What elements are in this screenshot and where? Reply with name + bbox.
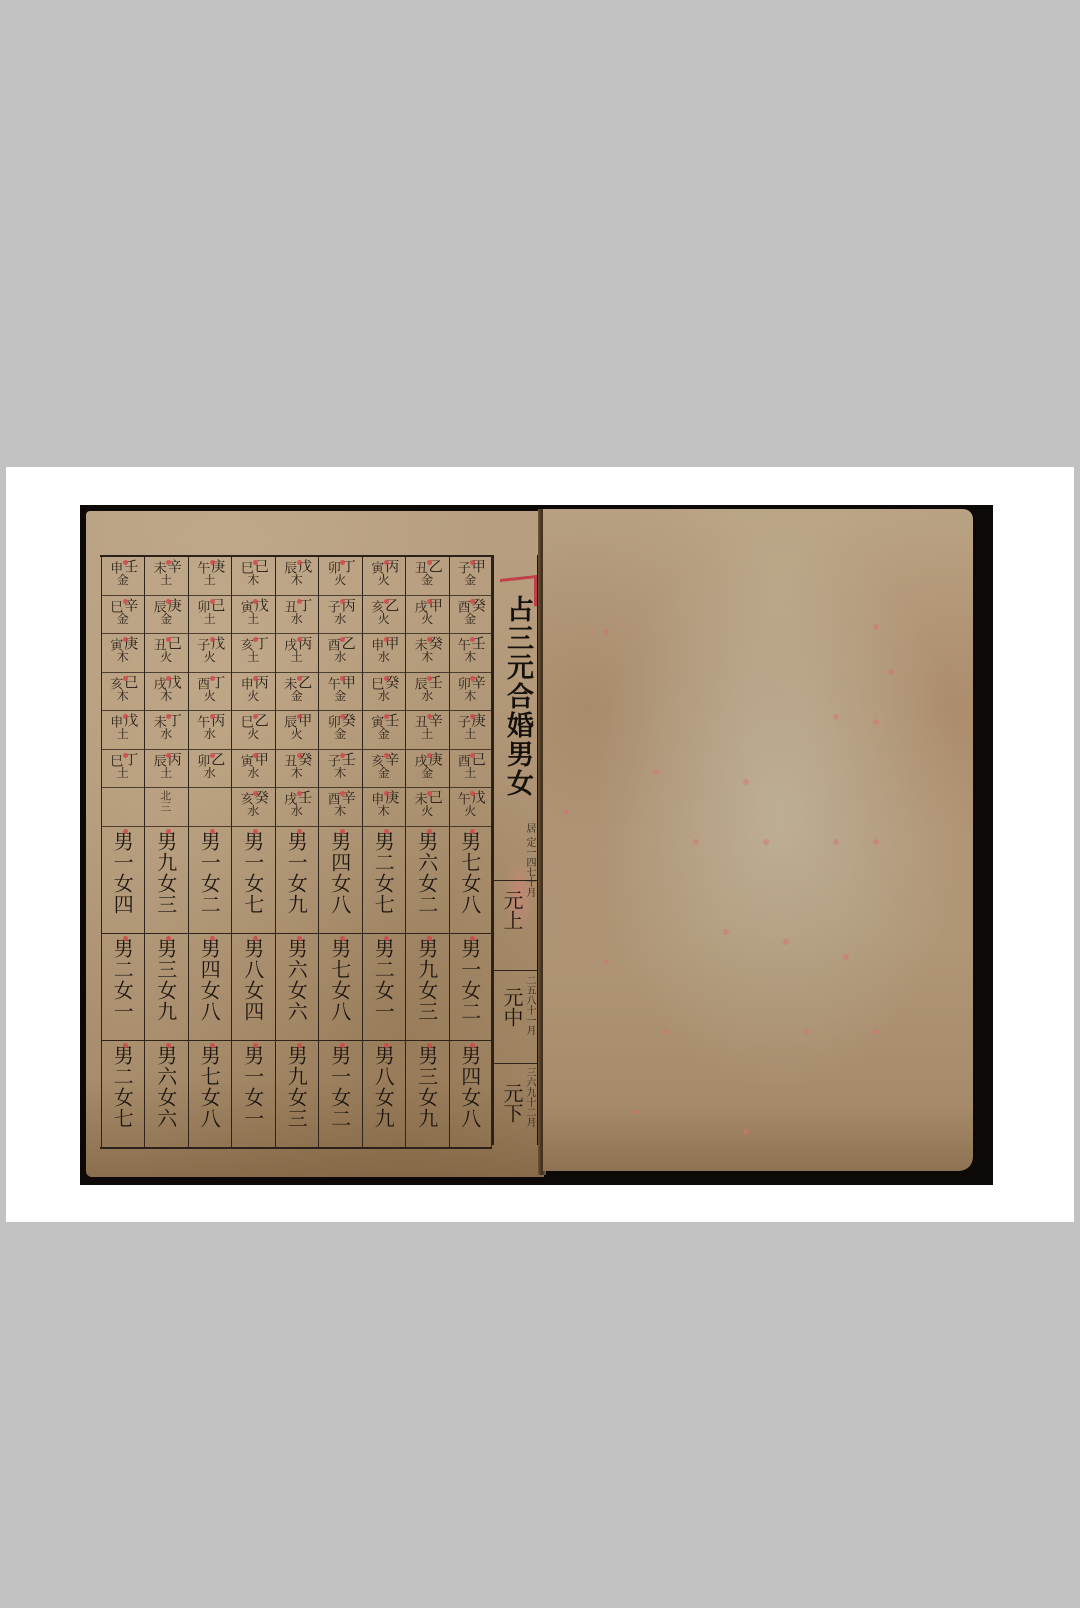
male-female-number-cell: 男一女四	[102, 827, 145, 934]
earthly-branch: 辰	[152, 600, 165, 613]
earthly-branch: 巳	[108, 600, 121, 613]
ganzhi-cell: 壬戌水	[276, 788, 319, 827]
five-element: 木	[291, 574, 303, 586]
table-column: 丙寅火乙亥火甲申水癸巳水壬寅金辛亥金庚申木男二女七男二女一男八女九	[362, 557, 406, 1147]
red-stain-dot	[873, 624, 879, 630]
red-stain-dot	[743, 779, 749, 785]
five-element: 土	[117, 767, 129, 779]
red-dot-icon	[123, 1043, 128, 1048]
male-female-number-cell: 男九女三	[406, 934, 449, 1041]
red-dot-icon	[210, 599, 215, 604]
ganzhi-cell: 己卯土	[189, 596, 232, 635]
ganzhi-cell: 甲申水	[363, 634, 406, 673]
male-female-number-cell: 男八女四	[232, 934, 275, 1041]
male-female-text: 男二女七	[108, 1045, 137, 1129]
earthly-branch: 亥	[369, 600, 382, 613]
five-element: 金	[334, 728, 346, 740]
male-female-number-cell: 男八女九	[363, 1041, 406, 1147]
red-dot-icon	[253, 753, 258, 758]
ganzhi-entry: 戊申土	[108, 713, 137, 749]
ganzhi-cell: 北三	[145, 788, 188, 827]
five-element: 水	[291, 613, 303, 625]
five-element: 土	[291, 651, 303, 663]
male-female-number-cell: 男三女九	[145, 934, 188, 1041]
male-female-text: 男二女一	[369, 938, 398, 1022]
ganzhi-cell: 甲辰火	[276, 711, 319, 750]
earthly-branch: 巳	[108, 754, 121, 767]
ganzhi-cell: 癸未木	[406, 634, 449, 673]
red-dot-icon	[470, 936, 475, 941]
earthly-branch: 巳	[369, 677, 382, 690]
stem-branch	[209, 790, 211, 792]
five-element: 水	[421, 690, 433, 702]
male-female-number-cell: 男一女二	[319, 1041, 362, 1147]
red-dot-icon	[470, 829, 475, 834]
male-female-number-cell: 男七女八	[189, 1041, 232, 1147]
ganzhi-cell: 甲戌火	[406, 596, 449, 635]
red-dot-icon	[253, 676, 258, 681]
ganzhi-entry: 丙戌土	[282, 636, 311, 672]
ganzhi-cell: 丙辰土	[145, 750, 188, 789]
male-female-number-cell: 男四女八	[189, 934, 232, 1041]
ganzhi-cell: 辛未土	[145, 557, 188, 596]
earthly-branch: 丑	[282, 600, 295, 613]
ganzhi-cell: 庚戌金	[406, 750, 449, 789]
red-stain-dot	[833, 714, 839, 720]
male-female-number-cell: 男七女八	[319, 934, 362, 1041]
red-stain-dot	[873, 1029, 879, 1035]
ganzhi-cell: 辛巳金	[102, 596, 145, 635]
male-female-number-cell: 男一女一	[232, 1041, 275, 1147]
ganzhi-cell: 乙卯水	[189, 750, 232, 789]
five-element: 木	[117, 690, 129, 702]
five-element: 木	[464, 651, 476, 663]
earthly-branch: 酉	[456, 600, 469, 613]
red-stain-dot	[833, 839, 839, 845]
five-element: 金	[291, 690, 303, 702]
ganzhi-cell: 己巳木	[232, 557, 275, 596]
red-dot-icon	[123, 599, 128, 604]
five-element: 火	[334, 574, 346, 586]
five-element: 金	[334, 690, 346, 702]
red-stain-dot	[603, 629, 609, 635]
ganzhi-cell: 甲午金	[319, 673, 362, 712]
red-dot-icon	[210, 753, 215, 758]
red-dot-icon	[297, 714, 302, 719]
red-dot-icon	[470, 676, 475, 681]
ganzhi-entry: 丙午水	[195, 713, 224, 749]
red-dot-icon	[297, 560, 302, 565]
red-dot-icon	[210, 637, 215, 642]
five-element: 火	[247, 690, 259, 702]
five-element: 木	[117, 651, 129, 663]
five-element: 金	[378, 728, 390, 740]
table-column: 壬申金辛巳金庚寅木己亥木戊申土丁巳土男一女四男二女一男二女七	[101, 557, 145, 1147]
divider	[494, 970, 537, 971]
ganzhi-table: 甲子金癸酉金壬午木辛卯木庚子土己酉土戊午火男七女八男一女二男四女八乙丑金甲戌火癸…	[100, 555, 492, 1149]
five-element: 金	[464, 613, 476, 625]
red-dot-icon	[427, 936, 432, 941]
red-dot-icon	[123, 637, 128, 642]
ganzhi-cell: 乙酉水	[319, 634, 362, 673]
ganzhi-cell: 戊寅土	[232, 596, 275, 635]
ganzhi-cell: 戊申土	[102, 711, 145, 750]
ganzhi-cell: 庚申木	[363, 788, 406, 827]
male-female-text: 男八女四	[239, 938, 268, 1022]
ganzhi-cell: 甲子金	[450, 557, 492, 596]
red-dot-icon	[253, 829, 258, 834]
male-female-number-cell: 男二女七	[102, 1041, 145, 1147]
ganzhi-cell: 丁酉火	[189, 673, 232, 712]
table-column: 戊辰木丁丑水丙戌土乙未金甲辰火癸丑木壬戌水男一女九男六女六男九女三	[275, 557, 319, 1147]
male-female-text: 男六女六	[282, 938, 311, 1022]
red-stain-dot	[803, 1029, 809, 1035]
red-stain-dot	[763, 839, 769, 845]
red-dot-icon	[166, 599, 171, 604]
five-element: 土	[160, 767, 172, 779]
male-female-text: 男七女八	[326, 938, 355, 1022]
page-title: 占三元合婚男女	[498, 595, 537, 798]
ganzhi-cell: 己未火	[406, 788, 449, 827]
red-dot-icon	[123, 676, 128, 681]
table-column: 庚午土己卯土戊子火丁酉火丙午水乙卯水男一女二男四女八男七女八	[188, 557, 232, 1147]
ganzhi-cell: 癸亥水	[232, 788, 275, 827]
male-female-text: 男一女二	[195, 831, 224, 915]
red-dot-icon	[297, 1043, 302, 1048]
ganzhi-cell: 壬午木	[450, 634, 492, 673]
red-stain-dot	[653, 769, 659, 775]
ganzhi-entry: 壬申金	[108, 559, 137, 595]
ganzhi-cell: 辛卯木	[450, 673, 492, 712]
red-stain-dot	[693, 839, 699, 845]
five-element: 金	[421, 767, 433, 779]
red-dot-icon	[340, 829, 345, 834]
male-female-text: 男九女三	[282, 1045, 311, 1129]
red-stain-dot	[783, 939, 789, 945]
earthly-branch: 亥	[108, 677, 121, 690]
stem-branch	[122, 790, 124, 792]
male-female-text: 男六女六	[152, 1045, 181, 1129]
ganzhi-cell: 癸丑木	[276, 750, 319, 789]
left-page: 甲子金癸酉金壬午木辛卯木庚子土己酉土戊午火男七女八男一女二男四女八乙丑金甲戌火癸…	[86, 511, 544, 1177]
five-element: 木	[247, 574, 259, 586]
red-stain-dot	[603, 959, 609, 965]
red-dot-icon	[166, 936, 171, 941]
red-dot-icon	[427, 753, 432, 758]
earthly-branch: 午	[326, 677, 339, 690]
ganzhi-cell: 丁丑水	[276, 596, 319, 635]
red-dot-icon	[384, 599, 389, 604]
male-female-number-cell: 男九女三	[276, 1041, 319, 1147]
five-element: 火	[204, 690, 216, 702]
five-element: 水	[378, 651, 390, 663]
five-element: 水	[160, 728, 172, 740]
red-dot-icon	[384, 753, 389, 758]
five-element: 木	[421, 651, 433, 663]
earthly-branch: 辰	[413, 677, 426, 690]
ganzhi-cell: 戊戌木	[145, 673, 188, 712]
red-dot-icon	[340, 676, 345, 681]
male-female-number-cell: 男六女六	[145, 1041, 188, 1147]
red-dot-icon	[123, 753, 128, 758]
red-stain-dot	[888, 669, 894, 675]
red-dot-icon	[384, 714, 389, 719]
male-female-text: 男一女七	[239, 831, 268, 915]
red-dot-icon	[340, 753, 345, 758]
side-note: 北三	[157, 790, 173, 826]
red-dot-icon	[384, 791, 389, 796]
male-female-number-cell: 男一女二	[189, 827, 232, 934]
ganzhi-entry: 戊子火	[195, 636, 224, 672]
five-element: 土	[204, 574, 216, 586]
five-element: 土	[160, 574, 172, 586]
male-female-number-cell: 男七女八	[450, 827, 492, 934]
red-dot-icon	[166, 676, 171, 681]
red-dot-icon	[210, 714, 215, 719]
table-column: 甲子金癸酉金壬午木辛卯木庚子土己酉土戊午火男七女八男一女二男四女八	[449, 557, 493, 1147]
male-female-number-cell: 男四女八	[319, 827, 362, 934]
ganzhi-entry	[209, 790, 211, 826]
red-bleed-through	[543, 509, 973, 1171]
earthly-branch: 卯	[195, 754, 208, 767]
red-dot-icon	[210, 560, 215, 565]
red-dot-icon	[384, 637, 389, 642]
ganzhi-cell: 壬寅金	[363, 711, 406, 750]
earthly-branch: 戌	[413, 600, 426, 613]
five-element: 土	[247, 613, 259, 625]
red-dot-icon	[210, 676, 215, 681]
male-female-number-cell: 男二女一	[363, 934, 406, 1041]
male-female-text: 男一女九	[282, 831, 311, 915]
five-element: 火	[421, 805, 433, 817]
ganzhi-cell: 庚寅木	[102, 634, 145, 673]
red-stain-dot	[723, 929, 729, 935]
red-dot-icon	[297, 637, 302, 642]
ganzhi-entry: 戊辰木	[282, 559, 311, 595]
red-dot-icon	[123, 560, 128, 565]
male-female-number-cell: 男二女一	[102, 934, 145, 1041]
ganzhi-cell: 壬辰水	[406, 673, 449, 712]
red-dot-icon	[470, 753, 475, 758]
ganzhi-cell: 丙子水	[319, 596, 362, 635]
male-female-text: 男四女八	[456, 1045, 485, 1129]
ganzhi-entry	[122, 790, 124, 826]
male-female-text: 男四女八	[326, 831, 355, 915]
earthly-branch: 子	[326, 600, 339, 613]
five-element: 水	[291, 805, 303, 817]
five-element: 水	[334, 613, 346, 625]
red-dot-icon	[297, 599, 302, 604]
earthly-branch: 未	[282, 677, 295, 690]
red-stain-dot	[663, 1029, 669, 1035]
ganzhi-entry: 甲辰火	[282, 713, 311, 749]
ganzhi-cell: 丙申火	[232, 673, 275, 712]
ganzhi-cell: 戊子火	[189, 634, 232, 673]
title-column: 占三元合婚男女 居 定一四七十月 元上 二五八十一月 元中 三六九十二月 元下	[492, 555, 540, 1145]
ganzhi-cell: 丙寅火	[363, 557, 406, 596]
five-element: 水	[204, 767, 216, 779]
male-female-number-cell: 男六女二	[406, 827, 449, 934]
red-dot-icon	[123, 714, 128, 719]
male-female-text: 男六女二	[413, 831, 442, 915]
red-stain-dot	[743, 1129, 749, 1135]
five-element: 木	[464, 690, 476, 702]
ganzhi-cell: 丙戌土	[276, 634, 319, 673]
ganzhi-entry: 庚申木	[369, 790, 398, 826]
five-element: 水	[378, 690, 390, 702]
five-element: 火	[378, 613, 390, 625]
red-dot-icon	[384, 936, 389, 941]
yuan-label-middle: 元中	[498, 987, 527, 1027]
five-element: 火	[291, 728, 303, 740]
divider	[494, 1063, 537, 1064]
red-dot-icon	[470, 599, 475, 604]
five-element: 土	[464, 728, 476, 740]
red-dot-icon	[384, 560, 389, 565]
ganzhi-entry: 丙寅火	[369, 559, 398, 595]
ganzhi-cell: 辛酉木	[319, 788, 362, 827]
red-stain-dot	[563, 809, 569, 815]
red-dot-icon	[297, 676, 302, 681]
male-female-text: 男一女二	[326, 1045, 355, 1129]
earthly-branch: 亥	[369, 754, 382, 767]
male-female-number-cell: 男四女八	[450, 1041, 492, 1147]
five-element: 木	[378, 805, 390, 817]
earthly-branch: 卯	[195, 600, 208, 613]
table-column: 己巳木戊寅土丁亥土丙申火乙巳火甲寅水癸亥水男一女七男八女四男一女一	[231, 557, 275, 1147]
ganzhi-cell: 己酉土	[450, 750, 492, 789]
ganzhi-cell: 壬子木	[319, 750, 362, 789]
male-female-text: 男一女一	[239, 1045, 268, 1129]
title-annotation: 居	[522, 823, 537, 833]
ganzhi-cell: 丁未水	[145, 711, 188, 750]
table-column: 辛未土庚辰金己丑火戊戌木丁未水丙辰土北三男九女三男三女九男六女六	[144, 557, 188, 1147]
red-dot-icon	[297, 829, 302, 834]
five-element: 火	[204, 651, 216, 663]
ganzhi-cell: 辛丑土	[406, 711, 449, 750]
red-dot-icon	[297, 753, 302, 758]
five-element: 金	[464, 574, 476, 586]
ganzhi-cell: 乙亥火	[363, 596, 406, 635]
red-dot-icon	[384, 829, 389, 834]
red-stain-dot	[873, 719, 879, 725]
ganzhi-cell	[189, 788, 232, 827]
five-element: 土	[247, 651, 259, 663]
five-element: 土	[117, 728, 129, 740]
ganzhi-cell: 癸酉金	[450, 596, 492, 635]
red-dot-icon	[340, 599, 345, 604]
five-element: 木	[334, 767, 346, 779]
yuan-note-upper: 定一四七十月	[522, 837, 537, 897]
earthly-branch: 酉	[195, 677, 208, 690]
five-element: 土	[204, 613, 216, 625]
ganzhi-cell: 庚辰金	[145, 596, 188, 635]
red-dot-icon	[340, 936, 345, 941]
male-female-text: 男七女八	[456, 831, 485, 915]
ganzhi-cell: 己亥木	[102, 673, 145, 712]
ganzhi-cell: 庚子土	[450, 711, 492, 750]
five-element: 水	[334, 651, 346, 663]
red-dot-icon	[166, 753, 171, 758]
five-element: 木	[291, 767, 303, 779]
ganzhi-entry: 壬寅金	[369, 713, 398, 749]
five-element: 金	[421, 574, 433, 586]
ganzhi-cell: 己丑火	[145, 634, 188, 673]
ganzhi-entry: 庚午土	[195, 559, 224, 595]
red-dot-icon	[210, 936, 215, 941]
male-female-number-cell: 男二女七	[363, 827, 406, 934]
male-female-text: 男二女一	[108, 938, 137, 1022]
table-column: 乙丑金甲戌火癸未木壬辰水辛丑土庚戌金己未火男六女二男九女三男三女九	[405, 557, 449, 1147]
five-element: 土	[421, 728, 433, 740]
red-dot-icon	[297, 936, 302, 941]
male-female-text: 男七女八	[195, 1045, 224, 1129]
male-female-text: 男八女九	[369, 1045, 398, 1129]
five-element: 木	[334, 805, 346, 817]
table-column: 丁卯火丙子水乙酉水甲午金癸卯金壬子木辛酉木男四女八男七女八男一女二	[318, 557, 362, 1147]
five-element: 水	[204, 728, 216, 740]
manuscript-photo: 甲子金癸酉金壬午木辛卯木庚子土己酉土戊午火男七女八男一女二男四女八乙丑金甲戌火癸…	[80, 505, 993, 1185]
red-dot-icon	[384, 676, 389, 681]
ganzhi-cell: 丁巳土	[102, 750, 145, 789]
ganzhi-entry: 甲申水	[369, 636, 398, 672]
male-female-number-cell: 男六女六	[276, 934, 319, 1041]
five-element: 水	[247, 767, 259, 779]
earthly-branch: 申	[239, 677, 252, 690]
red-dot-icon	[427, 599, 432, 604]
five-element: 火	[247, 728, 259, 740]
five-element: 火	[160, 651, 172, 663]
earthly-branch: 辰	[152, 754, 165, 767]
ganzhi-entry: 壬戌水	[282, 790, 311, 826]
ganzhi-cell: 戊辰木	[276, 557, 319, 596]
yuan-label-upper: 元上	[498, 890, 527, 930]
five-element: 金	[117, 613, 129, 625]
red-dot-icon	[427, 829, 432, 834]
earthly-branch: 卯	[456, 677, 469, 690]
ganzhi-cell: 壬申金	[102, 557, 145, 596]
ganzhi-cell: 乙巳火	[232, 711, 275, 750]
five-element: 金	[378, 767, 390, 779]
right-page-blank	[543, 509, 973, 1171]
five-element: 金	[117, 574, 129, 586]
ganzhi-cell: 庚午土	[189, 557, 232, 596]
red-stain-dot	[873, 839, 879, 845]
red-dot-icon	[123, 936, 128, 941]
earthly-branch: 子	[326, 754, 339, 767]
five-element: 水	[247, 805, 259, 817]
ganzhi-cell: 戊午火	[450, 788, 492, 827]
five-element: 火	[378, 574, 390, 586]
red-dot-icon	[297, 791, 302, 796]
ganzhi-cell: 丁卯火	[319, 557, 362, 596]
stem-branch	[174, 790, 176, 792]
red-dot-icon	[253, 936, 258, 941]
male-female-number-cell: 男一女七	[232, 827, 275, 934]
ganzhi-entry: 庚寅木	[108, 636, 137, 672]
ganzhi-cell: 乙未金	[276, 673, 319, 712]
red-dot-icon	[253, 599, 258, 604]
male-female-text: 男四女八	[195, 938, 224, 1022]
earthly-branch: 戌	[152, 677, 165, 690]
male-female-text: 男三女九	[152, 938, 181, 1022]
male-female-number-cell: 男三女九	[406, 1041, 449, 1147]
five-element: 土	[464, 767, 476, 779]
male-female-text: 男九女三	[152, 831, 181, 915]
male-female-text: 男九女三	[413, 938, 442, 1022]
male-female-text: 男二女七	[369, 831, 398, 915]
male-female-text: 男一女四	[108, 831, 137, 915]
